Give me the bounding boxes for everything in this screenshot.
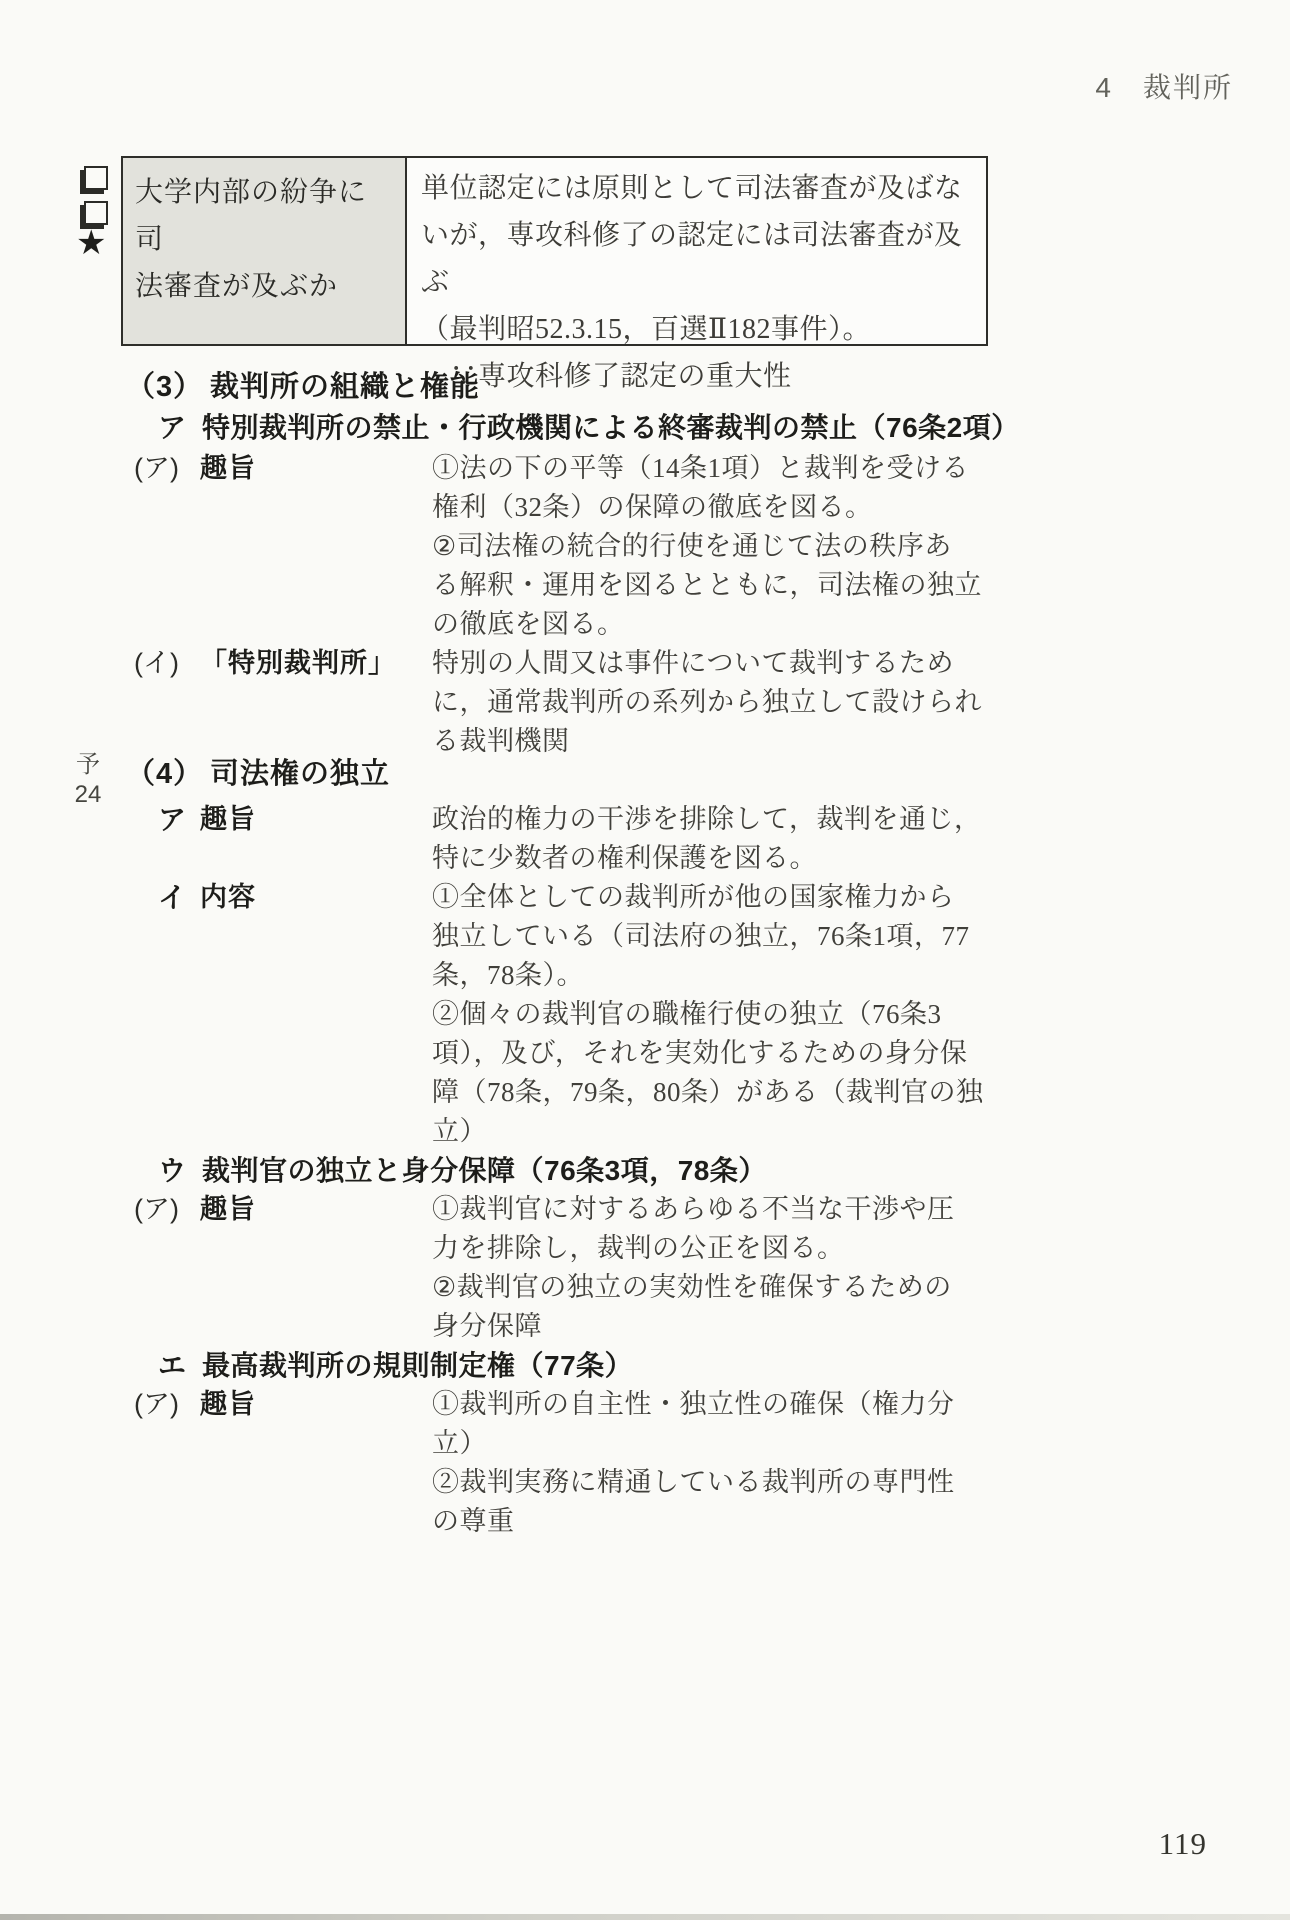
item-kana: ア (158, 800, 186, 839)
item-term: 趣旨 (200, 800, 256, 839)
running-head: 4 裁判所 (1095, 66, 1233, 106)
textbook-page: 4 裁判所 ★ 大学内部の紛争に司 法審査が及ぶか 単位認定には原則として司法審… (0, 0, 1290, 1920)
memo-question-cell: 大学内部の紛争に司 法審査が及ぶか (123, 158, 407, 344)
item-label: (ア) (134, 1385, 179, 1424)
item-kana: イ (158, 878, 186, 917)
subsection-title: 特別裁判所の禁止・行政機関による終審裁判の禁止（76条2項） (202, 408, 1020, 447)
item-description: ①裁判所の自主性・独立性の確保（権力分立） ②裁判実務に精通している裁判所の専門… (432, 1385, 1007, 1541)
subsection-title: 最高裁判所の規則制定権（77条） (202, 1346, 633, 1385)
subsection-title: 裁判官の独立と身分保障（76条3項，78条） (202, 1151, 767, 1190)
subsection-kana: エ (158, 1346, 186, 1385)
section-title: 裁判所の組織と権能 (210, 368, 480, 407)
item-term: 内容 (200, 878, 256, 917)
section-title: 司法権の独立 (210, 755, 390, 794)
star-icon: ★ (76, 226, 106, 260)
item-term: 趣旨 (200, 1190, 256, 1229)
memo-box: 大学内部の紛争に司 法審査が及ぶか 単位認定には原則として司法審査が及ばな いが… (121, 156, 988, 346)
margin-note-yo24: 予 24 (66, 750, 110, 810)
section-number: （3） (126, 368, 203, 407)
item-description: ①裁判官に対するあらゆる不当な干渉や圧 力を排除し，裁判の公正を図る。 ②裁判官… (432, 1190, 1007, 1346)
page-bottom-edge (0, 1914, 1290, 1920)
item-term: 「特別裁判所」 (200, 644, 396, 683)
item-term: 趣旨 (200, 1385, 256, 1424)
item-term: 趣旨 (200, 449, 256, 488)
item-description: 特別の人間又は事件について裁判するため に，通常裁判所の系列から独立して設けられ… (432, 644, 1007, 761)
page-number: 119 (1159, 1826, 1207, 1862)
item-description: ①法の下の平等（14条1項）と裁判を受ける 権利（32条）の保障の徹底を図る。 … (432, 449, 1007, 644)
subsection-kana: ウ (158, 1151, 186, 1190)
section-number: （4） (126, 755, 203, 794)
item-label: (ア) (134, 1190, 179, 1229)
checkbox-icon (84, 201, 108, 225)
item-label: (イ) (134, 644, 179, 683)
item-description: 政治的権力の干渉を排除して，裁判を通じ， 特に少数者の権利保護を図る。 (432, 800, 1007, 878)
memo-answer-cell: 単位認定には原則として司法審査が及ばな いが，専攻科修了の認定には司法審査が及ぶ… (407, 158, 986, 344)
item-description: ①全体としての裁判所が他の国家権力から 独立している（司法府の独立，76条1項，… (432, 878, 1007, 1151)
subsection-kana: ア (158, 408, 186, 447)
checkbox-icon (84, 166, 108, 190)
item-label: (ア) (134, 449, 179, 488)
